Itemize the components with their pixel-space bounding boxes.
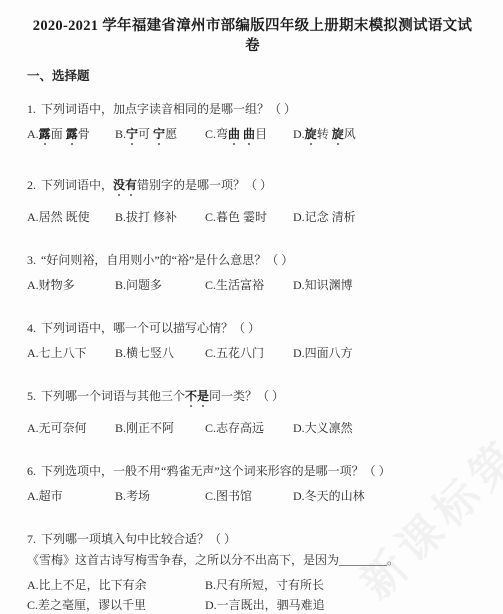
dotted-char: 露: [39, 127, 51, 141]
exam-paper-page: 2020-2021 学年福建省漳州市部编版四年级上册期末模拟测试语文试卷 一、选…: [0, 0, 503, 614]
option-c: C.暮色 霎时: [205, 209, 293, 225]
option-b: B.拔打 修补: [115, 209, 205, 225]
dotted-char: 旋: [305, 127, 317, 141]
option-a: A.比上不足，比下有余: [27, 577, 205, 593]
dotted-char: 曲: [228, 127, 240, 141]
question-number: 3.: [27, 253, 36, 267]
question-stem: 2.下列词语中，没有错别字的是哪一项？（ ）: [27, 176, 478, 194]
option-label: D.: [293, 421, 305, 435]
options-row: A.露面 露骨B.宁可 宁愿C.弯曲 曲目D.旋转 旋风: [27, 126, 478, 142]
dotted-char: 宁: [126, 127, 138, 141]
question-6: 6.下列选项中，一般不用“鸦雀无声”这个词来形容的是哪一项？（ ）A.超市B.考…: [27, 462, 478, 504]
option-b: B.刚正不阿: [115, 420, 205, 436]
option-a: A.超市: [27, 488, 115, 504]
options-row: A.居然 既使B.拔打 修补C.暮色 霎时D.记念 清析: [27, 209, 478, 225]
option-b: B.横七竖八: [115, 345, 205, 361]
option-label: A.: [27, 578, 39, 592]
option-c: C.志存高远: [205, 420, 293, 436]
question-stem: 6.下列选项中，一般不用“鸦雀无声”这个词来形容的是哪一项？（ ）: [27, 462, 478, 480]
question-stem: 4.下列词语中，哪一个可以描写心情？（ ）: [27, 319, 478, 337]
option-label: D.: [293, 210, 305, 224]
dotted-char: 没: [113, 178, 125, 192]
option-label: D.: [293, 489, 305, 503]
option-d: D.大义凛然: [293, 420, 353, 436]
question-number: 1.: [27, 102, 36, 116]
option-label: D.: [293, 278, 305, 292]
question-4: 4.下列词语中，哪一个可以描写心情？（ ）A.七上八下B.横七竖八C.五花八门D…: [27, 319, 478, 361]
page-title: 2020-2021 学年福建省漳州市部编版四年级上册期末模拟测试语文试卷: [27, 16, 478, 56]
section-heading: 一、选择题: [27, 68, 478, 85]
option-d: D.知识渊博: [293, 277, 353, 293]
question-number: 2.: [27, 178, 36, 192]
option-label: B.: [115, 210, 126, 224]
option-label: B.: [115, 421, 126, 435]
option-d: D.记念 清析: [293, 209, 356, 225]
dotted-char: 旋: [332, 127, 344, 141]
options-row: A.超市B.考场C.图书馆D.冬天的山林: [27, 488, 478, 504]
question-list: 1.下列词语中，加点字读音相同的是哪一组？（ ）A.露面 露骨B.宁可 宁愿C.…: [27, 100, 478, 613]
question-stem: 7.下列哪一项填入句中比较合适？（ ）: [27, 530, 478, 548]
option-a: A.无可奈何: [27, 420, 115, 436]
dotted-char: 露: [66, 127, 78, 141]
option-label: B.: [115, 278, 126, 292]
options-row: A.财物多B.问题多C.生活富裕D.知识渊博: [27, 277, 478, 293]
option-label: C.: [205, 127, 216, 141]
options-row: A.比上不足，比下有余B.尺有所短，寸有所长C.差之毫厘，谬以千里D.一言既出，…: [27, 577, 478, 613]
options-row: A.无可奈何B.刚正不阿C.志存高远D.大义凛然: [27, 420, 478, 436]
option-label: C.: [205, 346, 216, 360]
option-label: D.: [293, 127, 305, 141]
option-a: A.居然 既使: [27, 209, 115, 225]
question-number: 7.: [27, 532, 36, 546]
option-d: D.四面八方: [293, 345, 353, 361]
option-d: D.冬天的山林: [293, 488, 365, 504]
option-label: C.: [205, 210, 216, 224]
option-a: A.财物多: [27, 277, 115, 293]
option-label: C.: [205, 489, 216, 503]
question-3: 3.“好问则裕，自用则小”的“裕”是什么意思？（ ）A.财物多B.问题多C.生活…: [27, 251, 478, 293]
option-c: C.图书馆: [205, 488, 293, 504]
option-label: A.: [27, 127, 39, 141]
option-label: D.: [293, 346, 305, 360]
option-label: A.: [27, 421, 39, 435]
option-c: C.弯曲 曲目: [205, 126, 293, 142]
option-label: C.: [205, 278, 216, 292]
question-stem-continued: 《雪梅》这首古诗写梅雪争春，之所以分不出高下，是因为________。: [27, 551, 478, 569]
option-label: B.: [115, 127, 126, 141]
dotted-char: 是: [197, 389, 209, 403]
question-stem: 5.下列哪一个词语与其他三个不是同一类？（ ）: [27, 387, 478, 405]
option-label: B.: [115, 346, 126, 360]
question-1: 1.下列词语中，加点字读音相同的是哪一组？（ ）A.露面 露骨B.宁可 宁愿C.…: [27, 100, 478, 142]
question-stem: 1.下列词语中，加点字读音相同的是哪一组？（ ）: [27, 100, 478, 118]
question-stem: 3.“好问则裕，自用则小”的“裕”是什么意思？（ ）: [27, 251, 478, 269]
option-c: C.五花八门: [205, 345, 293, 361]
question-5: 5.下列哪一个词语与其他三个不是同一类？（ ）A.无可奈何B.刚正不阿C.志存高…: [27, 387, 478, 436]
dotted-char: 宁: [153, 127, 165, 141]
option-c: C.差之毫厘，谬以千里: [27, 597, 205, 613]
question-number: 4.: [27, 321, 36, 335]
option-b: B.尺有所短，寸有所长: [205, 577, 478, 593]
question-2: 2.下列词语中，没有错别字的是哪一项？（ ）A.居然 既使B.拔打 修补C.暮色…: [27, 176, 478, 225]
option-d: D.一言既出，驷马难追: [205, 597, 478, 613]
option-label: B.: [205, 578, 216, 592]
option-b: B.考场: [115, 488, 205, 504]
options-row: A.七上八下B.横七竖八C.五花八门D.四面八方: [27, 345, 478, 361]
option-label: D.: [205, 598, 217, 612]
option-label: A.: [27, 278, 39, 292]
option-label: A.: [27, 346, 39, 360]
dotted-char: 不: [185, 389, 197, 403]
option-b: B.问题多: [115, 277, 205, 293]
option-d: D.旋转 旋风: [293, 126, 356, 142]
option-b: B.宁可 宁愿: [115, 126, 205, 142]
option-c: C.生活富裕: [205, 277, 293, 293]
question-7: 7.下列哪一项填入句中比较合适？（ ）《雪梅》这首古诗写梅雪争春，之所以分不出高…: [27, 530, 478, 613]
question-number: 6.: [27, 464, 36, 478]
option-a: A.七上八下: [27, 345, 115, 361]
dotted-char: 有: [125, 178, 137, 192]
option-label: A.: [27, 489, 39, 503]
option-label: C.: [27, 598, 38, 612]
option-label: B.: [115, 489, 126, 503]
dotted-char: 曲: [243, 127, 255, 141]
question-number: 5.: [27, 389, 36, 403]
option-label: A.: [27, 210, 39, 224]
option-a: A.露面 露骨: [27, 126, 115, 142]
option-label: C.: [205, 421, 216, 435]
